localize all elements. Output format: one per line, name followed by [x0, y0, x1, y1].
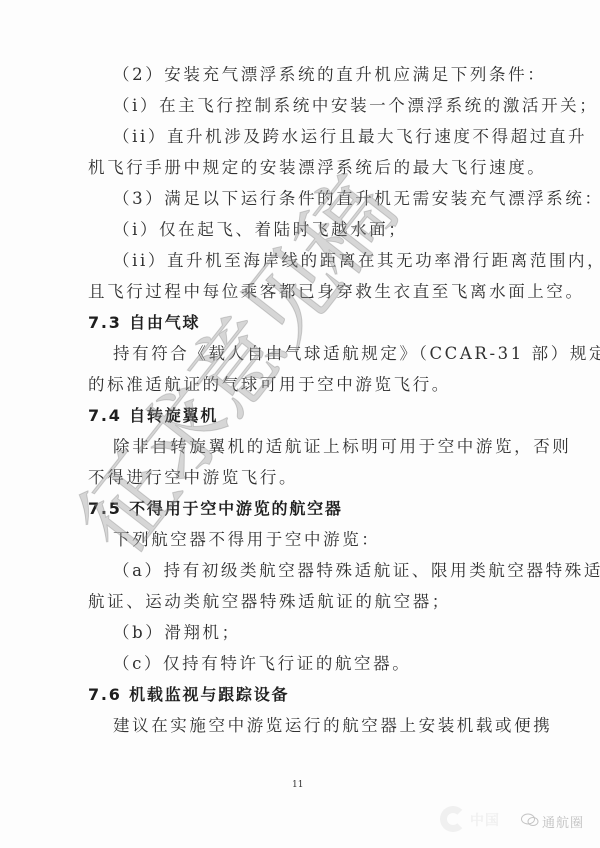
- paragraph-line: 除非自转旋翼机的适航证上标明可用于空中游览，否则: [113, 437, 545, 457]
- paragraph-line: 不得进行空中游览飞行。: [88, 468, 520, 488]
- paragraph-line: （i）仅在起飞、着陆时飞越水面；: [113, 220, 545, 240]
- paragraph-line: （b）滑翔机；: [113, 623, 545, 643]
- paragraph-line: 建议在实施空中游览运行的航空器上安装机载或便携: [113, 716, 545, 736]
- page-number: 11: [292, 780, 303, 790]
- paragraph-line: 下列航空器不得用于空中游览：: [113, 530, 545, 550]
- paragraph-line: （3）满足以下运行条件的直升机无需安装充气漂浮系统：: [113, 189, 545, 209]
- document-page: （2）安装充气漂浮系统的直升机应满足下列条件： （i）在主飞行控制系统中安装一个…: [0, 0, 600, 848]
- paragraph-line: （2）安装充气漂浮系统的直升机应满足下列条件：: [113, 65, 545, 85]
- paragraph-line: 持有符合《载人自由气球适航规定》（CCAR-31 部）规定: [113, 344, 545, 364]
- paragraph-line: （a）持有初级类航空器特殊适航证、限用类航空器特殊适: [113, 561, 545, 581]
- paragraph-line: （i）在主飞行控制系统中安装一个漂浮系统的激活开关；: [113, 96, 545, 116]
- paragraph-line: （ii）直升机至海岸线的距离在其无功率滑行距离范围内，: [113, 251, 545, 271]
- paragraph-line: 的标准适航证的气球可用于空中游览飞行。: [88, 375, 520, 395]
- paragraph-line: 航证、运动类航空器特殊适航证的航空器；: [88, 592, 520, 612]
- brand-faint-text: 中国: [470, 810, 500, 830]
- paragraph-line: 机飞行手册中规定的安装漂浮系统后的最大飞行速度。: [88, 158, 520, 178]
- brand-watermark: 中国 通航圈: [430, 800, 600, 845]
- section-heading-7-4: 7.4 自转旋翼机: [88, 406, 520, 426]
- wechat-icon: [520, 813, 540, 827]
- paragraph-line: 且飞行过程中每位乘客都已身穿救生衣直至飞离水面上空。: [88, 282, 520, 302]
- section-heading-7-5: 7.5 不得用于空中游览的航空器: [88, 499, 520, 519]
- brand-text: 通航圈: [542, 812, 584, 831]
- section-heading-7-6: 7.6 机载监视与跟踪设备: [88, 685, 520, 705]
- paragraph-line: （c）仅持有特许飞行证的航空器。: [113, 654, 545, 674]
- section-heading-7-3: 7.3 自由气球: [88, 313, 520, 333]
- paragraph-line: （ii）直升机涉及跨水运行且最大飞行速度不得超过直升: [113, 127, 545, 147]
- brand-logo-icon: [440, 806, 466, 832]
